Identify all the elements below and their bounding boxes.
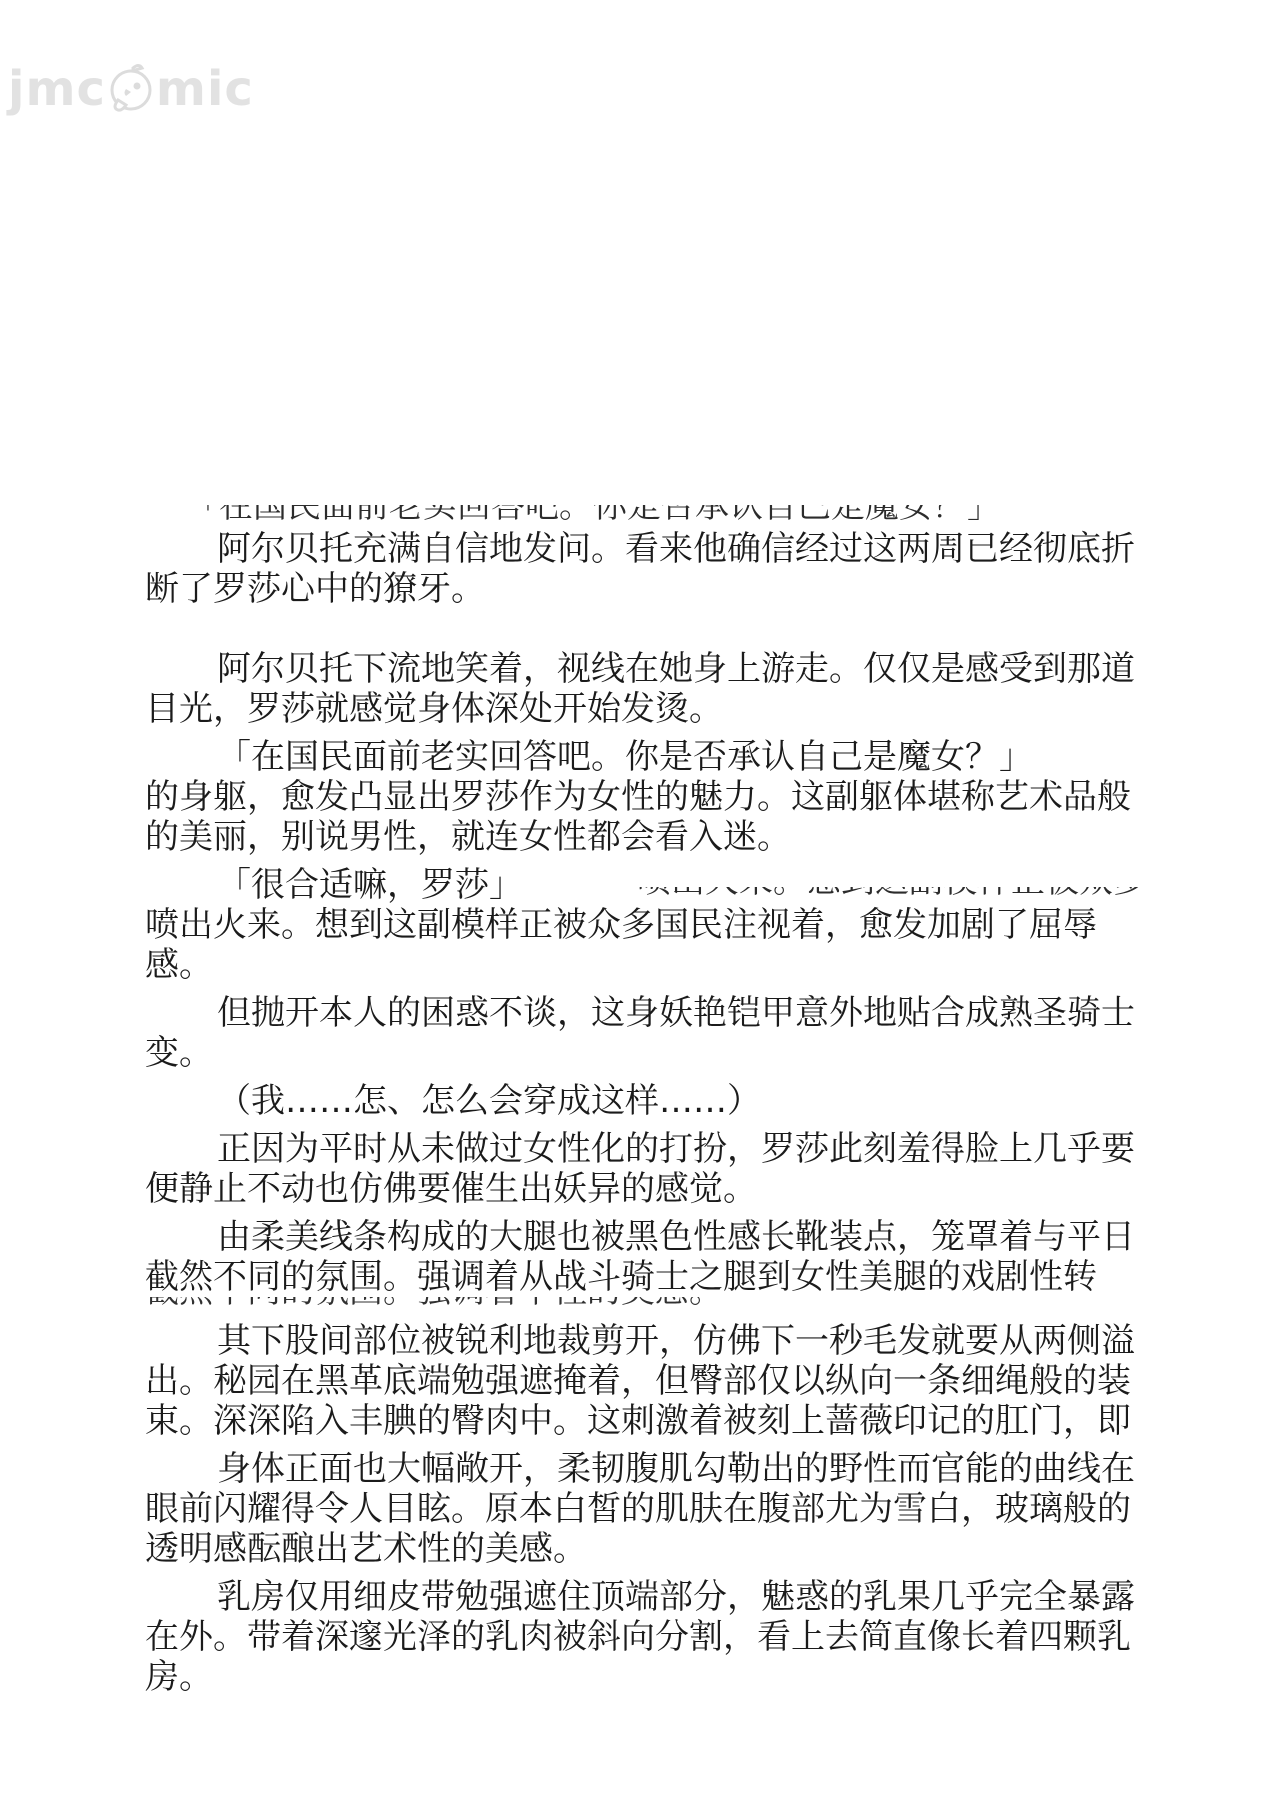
- text-line: 截然不同的氛围。强调着从战斗骑士之腿到女性美腿的戏剧性转: [145, 1257, 1141, 1297]
- novel-text-block: 「在国民面前老实回答吧。你是否承认自己是魔女？」 阿尔贝托充满自信地发问。看来他…: [145, 505, 1141, 1697]
- ghost-artifact-inline: 喷出火来。想到这副模样正被众多国民注视着，愈发加: [565, 887, 1141, 903]
- text-line: 由柔美线条构成的大腿也被黑色性感长靴装点，笼罩着与平日: [145, 1217, 1141, 1257]
- text-line: 在外。带着深邃光泽的乳肉被斜向分割，看上去简直像长着四颗乳: [145, 1617, 1141, 1657]
- text-line: 变。: [145, 1033, 1141, 1073]
- text-line: 喷出火来。想到这副模样正被众多国民注视着，愈发加剧了屈辱: [145, 905, 1141, 945]
- watermark-text-right: mic: [156, 65, 254, 113]
- text-line: 阿尔贝托充满自信地发问。看来他确信经过这两周已经彻底折: [145, 529, 1141, 569]
- text-line: 出。秘园在黑革底端勉强遮掩着，但臀部仅以纵向一条细绳般的装: [145, 1361, 1141, 1401]
- text-line: 断了罗莎心中的獠牙。: [145, 569, 1141, 609]
- line-text: 正因为平时从未做过女性化的打扮，罗莎此刻羞得脸上几乎要: [217, 1129, 1135, 1169]
- jmcomic-watermark: jmc mic: [8, 62, 254, 116]
- ghost-artifact-line-top: 「在国民面前老实回答吧。你是否承认自己是魔女？」: [145, 505, 1141, 526]
- text-line: 其下股间部位被锐利地裁剪开，仿佛下一秒毛发就要从两侧溢: [145, 1321, 1141, 1361]
- text-line-dialogue: 「在国民面前老实回答吧。你是否承认自己是魔女？」: [145, 737, 1141, 777]
- fish-mascot-icon: [106, 62, 156, 116]
- blank-line: [145, 609, 1141, 649]
- text-line: 束。深深陷入丰腆的臀肉中。这刺激着被刻上蔷薇印记的肛门，即: [145, 1401, 1141, 1441]
- ghost-artifact-dots: . . .: [145, 1147, 204, 1169]
- text-line: 的美丽，别说男性，就连女性都会看入迷。: [145, 817, 1141, 857]
- text-line: 的身躯，愈发凸显出罗莎作为女性的魅力。这副躯体堪称艺术品般: [145, 777, 1141, 817]
- text-line: 身体正面也大幅敞开，柔韧腹肌勾勒出的野性而官能的曲线在: [145, 1449, 1141, 1489]
- ghost-artifact-line-low: 截然不同的氛围。强调着中性的美感。: [145, 1297, 713, 1313]
- text-line: 乳房仅用细皮带勉强遮住顶端部分，魅惑的乳果几乎完全暴露: [145, 1577, 1141, 1617]
- novel-page: jmc mic 「在国民面前老实回答吧。你是否承认自己是魔女？」 阿尔贝托充满自…: [0, 0, 1280, 1809]
- text-line: 正因为平时从未做过女性化的打扮，罗莎此刻羞得脸上几乎要 . . .: [145, 1129, 1141, 1169]
- text-line: 透明感酝酿出艺术性的美感。: [145, 1529, 1141, 1569]
- text-line: 眼前闪耀得令人目眩。原本白皙的肌肤在腹部尤为雪白，玻璃般的: [145, 1489, 1141, 1529]
- text-line-thought: （我……怎、怎么会穿成这样……）: [145, 1081, 1141, 1121]
- text-line: 但抛开本人的困惑不谈，这身妖艳铠甲意外地贴合成熟圣骑士: [145, 993, 1141, 1033]
- text-line: 阿尔贝托下流地笑着，视线在她身上游走。仅仅是感受到那道: [145, 649, 1141, 689]
- text-line: 便静止不动也仿佛要催生出妖异的感觉。: [145, 1169, 1141, 1209]
- text-line-dialogue: 「很合适嘛，罗莎」 喷出火来。想到这副模样正被众多国民注视着，愈发加: [145, 865, 1141, 905]
- text-line: 目光，罗莎就感觉身体深处开始发烫。: [145, 689, 1141, 729]
- text-line: 感。: [145, 945, 1141, 985]
- dialogue-text: 「很合适嘛，罗莎」: [217, 865, 523, 905]
- text-line: 房。: [145, 1657, 1141, 1697]
- watermark-text-left: jmc: [8, 65, 106, 113]
